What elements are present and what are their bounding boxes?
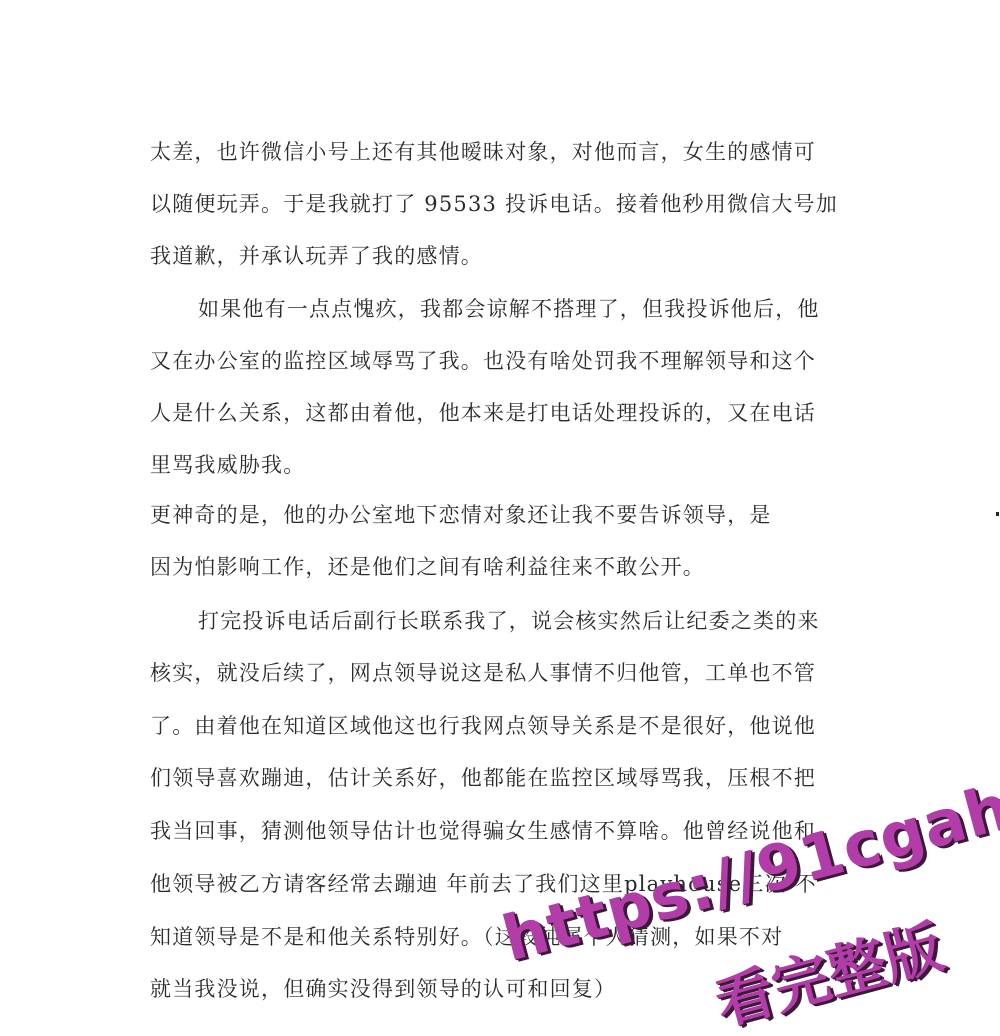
text-line: 里骂我威胁我。	[150, 451, 305, 479]
document-page: 太差，也许微信小号上还有其他暧昧对象，对他而言，女生的感情可 以随便玩弄。于是我…	[0, 0, 1000, 1036]
text-line: 更神奇的是，他的办公室地下恋情对象还让我不要告诉领导，是	[150, 501, 772, 529]
text-line: 就当我没说，但确实没得到领导的认可和回复）	[150, 975, 616, 1003]
text-line: 打完投诉电话后副行长联系我了，说会核实然后让纪委之类的来	[198, 607, 820, 635]
stray-mark	[996, 512, 999, 516]
text-line: 核实，就没后续了，网点领导说这是私人事情不归他管，工单也不管	[150, 659, 816, 687]
text-line: 以随便玩弄。于是我就打了 95533 投诉电话。接着他秒用微信大号加	[150, 190, 838, 218]
text-line: 因为怕影响工作，还是他们之间有啥利益往来不敢公开。	[150, 553, 705, 581]
text-line: 我道歉，并承认玩弄了我的感情。	[150, 242, 483, 270]
text-line: 如果他有一点点愧疚，我都会谅解不搭理了，但我投诉他后，他	[198, 295, 820, 323]
text-line: 人是什么关系，这都由着他，他本来是打电话处理投诉的，又在电话	[150, 399, 816, 427]
text-line: 我当回事，猜测他领导估计也觉得骗女生感情不算啥。他曾经说他和	[150, 817, 816, 845]
text-line: 太差，也许微信小号上还有其他暧昧对象，对他而言，女生的感情可	[150, 138, 816, 166]
watermark-label: 看完整版	[705, 900, 951, 1036]
text-line: 们领导喜欢蹦迪，估计关系好，他都能在监控区域辱骂我，压根不把	[150, 764, 816, 792]
text-line: 了。由着他在知道区域他这也行我网点领导关系是不是很好，他说他	[150, 712, 816, 740]
text-line: 又在办公室的监控区域辱骂了我。也没有啥处罚我不理解领导和这个	[150, 347, 816, 375]
